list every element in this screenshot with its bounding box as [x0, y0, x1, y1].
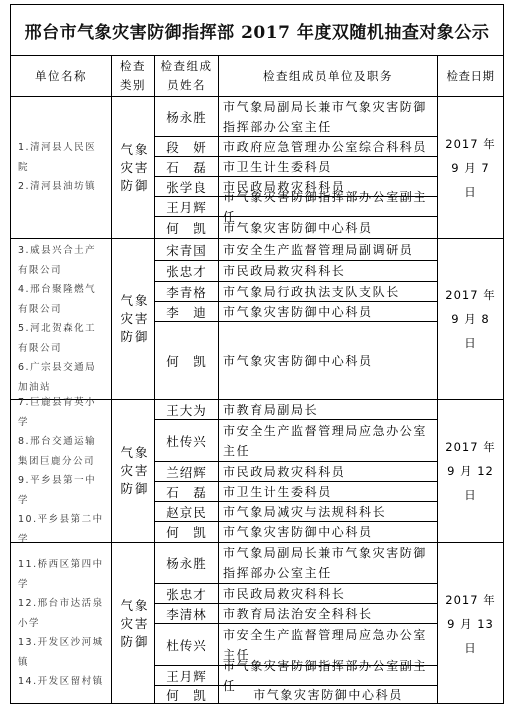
member-name: 石 磊: [155, 157, 218, 176]
unit-item: 1.清河县人民医院: [18, 142, 96, 173]
group-3-units: 7.巨鹿县育英小学 8.邢台交通运输集团巨鹿分公司 9.平乡县第一中学 10.平…: [11, 400, 111, 542]
unit-item: 14.开发区留村镇: [18, 676, 104, 687]
group-1-category: 气象灾害防御: [120, 97, 150, 238]
unit-item: 10.平乡县第二中学: [18, 514, 104, 545]
member-name: 何 凯: [155, 217, 218, 238]
unit-item: 13.开发区沙河城镇: [18, 637, 104, 668]
member-role: 市民政局救灾科科员: [219, 462, 437, 481]
unit-item: 5.河北贺森化工有限公司: [18, 323, 96, 354]
group-2-category: 气象灾害防御: [120, 239, 150, 399]
member-role: 市民政局救灾科科长: [219, 261, 437, 281]
unit-item: 11.桥西区第四中学: [18, 559, 104, 590]
member-name: 王大为: [155, 400, 218, 419]
member-name: 王月辉: [155, 197, 218, 216]
member-name: 何 凯: [155, 686, 218, 704]
member-role: 市气象局行政执法支队支队长: [219, 282, 437, 301]
member-role: 市教育局法治安全科科长: [219, 604, 437, 623]
group-1-units: 1.清河县人民医院 2.清河县油坊镇: [11, 97, 111, 238]
unit-item: 9.平乡县第一中学: [18, 475, 96, 506]
page-title: 邢台市气象灾害防御指挥部 2017 年度双随机抽查对象公示: [11, 5, 503, 55]
member-name: 何 凯: [155, 522, 218, 542]
group-4-date: 2017 年 9 月 13 日: [438, 543, 503, 704]
group-2-units: 3.威县兴合土产有限公司 4.邢台聚隆燃气有限公司 5.河北贺森化工有限公司 6…: [11, 239, 111, 399]
member-name: 李 迪: [155, 302, 218, 321]
member-name: 杜传兴: [155, 624, 218, 665]
unit-item: 7.巨鹿县育英小学: [18, 397, 96, 428]
member-name: 张忠才: [155, 584, 218, 603]
unit-item: 8.邢台交通运输集团巨鹿分公司: [18, 436, 96, 467]
unit-item: 6.广宗县交通局加油站: [18, 362, 96, 393]
member-name: 杨永胜: [155, 543, 218, 583]
member-name: 赵京民: [155, 502, 218, 521]
member-name: 石 磊: [155, 482, 218, 501]
member-role: 市气象灾害防御中心科员: [219, 322, 437, 399]
member-role: 市气象局副局长兼市气象灾害防御指挥部办公室主任: [219, 543, 437, 583]
announcement-table: 邢台市气象灾害防御指挥部 2017 年度双随机抽查对象公示 单位名称 检查类别 …: [10, 4, 504, 704]
member-name: 何 凯: [155, 322, 218, 399]
member-role: 市气象局副局长兼市气象灾害防御指挥部办公室主任: [219, 97, 437, 136]
group-3-date: 2017 年 9 月 12 日: [438, 400, 503, 542]
unit-item: 3.威县兴合土产有限公司: [18, 245, 96, 276]
member-role: 市气象灾害防御指挥部办公室副主任: [219, 197, 437, 216]
unit-item: 12.邢台市达活泉小学: [18, 598, 104, 629]
group-1-date: 2017 年 9 月 7 日: [438, 97, 503, 238]
member-name: 杜传兴: [155, 420, 218, 461]
member-role: 市安全生产监督管理局副调研员: [219, 239, 437, 260]
header-member-name: 检查组成员姓名: [155, 56, 218, 96]
group-4-category: 气象灾害防御: [120, 543, 150, 704]
member-role: 市气象灾害防御中心科员: [219, 302, 437, 321]
member-role: 市卫生计生委科员: [219, 482, 437, 501]
member-name: 段 妍: [155, 137, 218, 156]
member-name: 张忠才: [155, 261, 218, 281]
member-name: 兰绍辉: [155, 462, 218, 481]
member-name: 李清林: [155, 604, 218, 623]
unit-item: 2.清河县油坊镇: [18, 181, 96, 192]
header-category: 检查类别: [112, 56, 154, 96]
divider: [111, 55, 112, 704]
group-3-category: 气象灾害防御: [120, 400, 150, 542]
group-4-units: 11.桥西区第四中学 12.邢台市达活泉小学 13.开发区沙河城镇 14.开发区…: [11, 543, 111, 704]
member-name: 宋青国: [155, 239, 218, 260]
unit-item: 4.邢台聚隆燃气有限公司: [18, 284, 96, 315]
member-role: 市气象灾害防御中心科员: [219, 522, 437, 542]
member-role: 市安全生产监督管理局应急办公室主任: [219, 420, 437, 461]
header-date: 检查日期: [438, 56, 503, 96]
group-2-date: 2017 年 9 月 8 日: [438, 239, 503, 399]
member-role: 市气象局减灾与法规科科长: [219, 502, 437, 521]
member-name: 王月辉: [155, 666, 218, 685]
member-name: 张学良: [155, 177, 218, 196]
member-role: 市气象灾害防御指挥部办公室副主任: [219, 666, 437, 685]
header-member-role: 检查组成员单位及职务: [219, 56, 437, 96]
member-role: 市卫生计生委科员: [219, 157, 437, 176]
member-role: 市气象灾害防御中心科员: [219, 686, 437, 704]
member-name: 杨永胜: [155, 97, 218, 136]
member-role: 市政府应急管理办公室综合科科员: [219, 137, 437, 156]
header-unit-name: 单位名称: [11, 56, 111, 96]
member-role: 市气象灾害防御中心科员: [219, 217, 437, 238]
member-name: 李青格: [155, 282, 218, 301]
member-role: 市教育局副局长: [219, 400, 437, 419]
member-role: 市民政局救灾科科长: [219, 584, 437, 603]
